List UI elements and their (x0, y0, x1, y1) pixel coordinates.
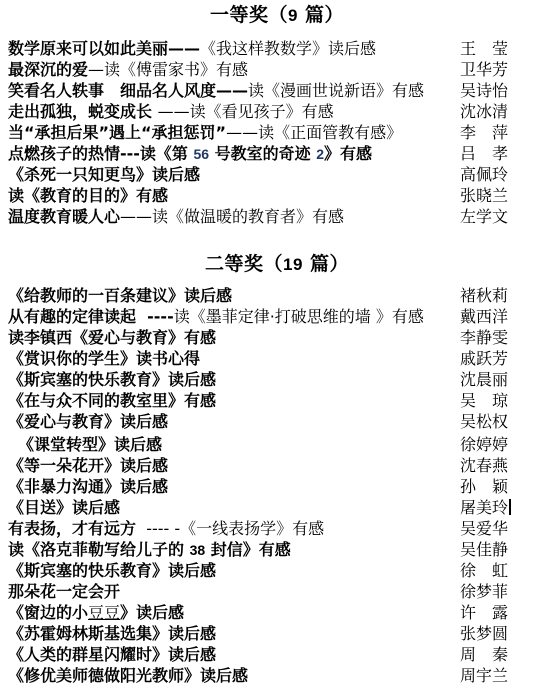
text-segment-bold: 号教室的奇迹 (209, 144, 316, 163)
entry-title: 读李镇西《爱心与教育》有感 (8, 327, 460, 348)
text-segment-bold: 温度教育暖人心 (8, 207, 120, 226)
entry-title: 最深沉的爱—读《傅雷家书》有感 (8, 59, 460, 80)
entry-row: 《人类的群星闪耀时》读后感周 秦 (0, 644, 554, 665)
entry-row: 《杀死一只知更鸟》读后感高佩玲 (0, 164, 554, 185)
entry-row: 《赏识你的学生》读书心得戚跃芳 (0, 348, 554, 369)
entry-row: 《等一朵花开》读后感沈春燕 (0, 455, 554, 476)
entry-title: 《在与众不同的教室里》有感 (8, 390, 460, 411)
entry-row: 《修优美师德做阳光教师》读后感周宇兰 (0, 665, 554, 686)
entry-row: 读《教育的目的》有感张晓兰 (0, 185, 554, 206)
entry-author: 沈冰清 (460, 101, 554, 122)
entry-title: 《苏霍姆林斯基选集》读后感 (8, 623, 460, 644)
text-segment-bold: 《目送》读后感 (8, 498, 120, 517)
text-segment-bold: 当“承担后果”遇上“承担惩罚” (8, 123, 226, 142)
text-segment-bold: 走出孤独，蜕变成长 (8, 102, 158, 121)
entry-author: 沈晨丽 (460, 369, 554, 390)
section-title: 二等奖（19 篇） (0, 253, 554, 276)
entry-row: 《非暴力沟通》读后感孙 颖 (0, 476, 554, 497)
entry-title: 《给教师的一百条建议》读后感 (8, 285, 460, 306)
entry-row: 笑看名人轶事 细品名人风度——读《漫画世说新语》有感吴诗怡 (0, 80, 554, 101)
entry-author: 徐梦菲 (460, 581, 554, 602)
text-segment-bold: 《人类的群星闪耀时》读后感 (8, 645, 216, 664)
text-segment-bold: 《等一朵花开》读后感 (8, 456, 168, 475)
entry-list: 《给教师的一百条建议》读后感褚秋莉从有趣的定律读起 ----读《墨菲定律·打破思… (0, 285, 554, 686)
entry-row: 《斯宾塞的快乐教育》读后感徐 虹 (0, 560, 554, 581)
text-segment-num: 19 (283, 255, 303, 274)
entry-author: 屠美玲 (460, 497, 554, 518)
text-segment-bold: 《杀死一只知更鸟》读后感 (8, 165, 200, 184)
entry-author: 王 莹 (460, 38, 554, 59)
entry-author: 周 秦 (460, 644, 554, 665)
entry-author: 吴松权 (460, 411, 554, 432)
text-segment-num: 38 (190, 542, 206, 558)
entry-title: 《赏识你的学生》读书心得 (8, 348, 460, 369)
entry-author: 褚秋莉 (460, 285, 554, 306)
text-segment-regular: —读《傅雷家书》有感 (88, 60, 248, 79)
entry-row: 温度教育暖人心——读《做温暖的教育者》有感左学文 (0, 206, 554, 227)
text-segment-regular: ——读《正面管教有感》 (226, 123, 402, 142)
entry-row: 当“承担后果”遇上“承担惩罚”——读《正面管教有感》李 萍 (0, 122, 554, 143)
text-segment-bold: 读《教育的目的》有感 (8, 186, 168, 205)
entry-row: 《爱心与教育》读后感吴松权 (0, 411, 554, 432)
text-segment-bold: 》有感 (324, 144, 372, 163)
text-segment-bold: 有表扬，才有远方 (8, 519, 136, 538)
award-section-2: 二等奖（19 篇）《给教师的一百条建议》读后感褚秋莉从有趣的定律读起 ----读… (0, 253, 554, 686)
entry-row: 《斯宾塞的快乐教育》读后感沈晨丽 (0, 369, 554, 390)
entry-author: 吴佳静 (460, 539, 554, 560)
entry-title: 数学原来可以如此美丽——《我这样教数学》读后感 (8, 38, 460, 59)
text-segment-bold: 《课堂转型》读后感 (18, 435, 162, 454)
text-segment-regular: ——读《做温暖的教育者》有感 (120, 207, 344, 226)
award-section-1: 一等奖（9 篇）数学原来可以如此美丽——《我这样教数学》读后感王 莹最深沉的爱—… (0, 4, 554, 227)
text-segment-bold: 从有趣的定律读起 ---- (8, 307, 174, 326)
entry-author: 吕 孝 (460, 143, 554, 164)
entry-row: 读李镇西《爱心与教育》有感李静雯 (0, 327, 554, 348)
entry-author: 吴 琼 (460, 390, 554, 411)
text-segment-bold: 篇） (298, 4, 344, 26)
text-segment-bold: 《修优美师德做阳光教师》读后感 (8, 666, 248, 685)
text-segment-bold: 篇） (303, 253, 349, 275)
text-segment-regular: 读《漫画世说新语》有感 (248, 81, 424, 100)
entry-title: 《修优美师德做阳光教师》读后感 (8, 665, 460, 686)
entry-row: 那朵花一定会开徐梦菲 (0, 581, 554, 602)
text-segment-num: 9 (288, 6, 298, 25)
entry-title: 温度教育暖人心——读《做温暖的教育者》有感 (8, 206, 460, 227)
entry-title: 笑看名人轶事 细品名人风度——读《漫画世说新语》有感 (8, 80, 460, 101)
text-segment-bold: 《给教师的一百条建议》读后感 (8, 286, 232, 305)
entry-row: 《给教师的一百条建议》读后感褚秋莉 (0, 285, 554, 306)
entry-row: 《目送》读后感屠美玲 (0, 497, 554, 518)
text-segment-bold: 《在与众不同的教室里》有感 (8, 391, 216, 410)
entry-row: 从有趣的定律读起 ----读《墨菲定律·打破思维的墙 》有感戴西洋 (0, 306, 554, 327)
entry-author: 高佩玲 (460, 164, 554, 185)
text-segment-bold: 《赏识你的学生》读书心得 (8, 349, 200, 368)
entry-title: 有表扬，才有远方 ---- -《一线表扬学》有感 (8, 518, 460, 539)
entry-row: 走出孤独，蜕变成长 ——读《看见孩子》有感沈冰清 (0, 101, 554, 122)
entry-author: 戚跃芳 (460, 348, 554, 369)
text-segment-bold: 二等奖（ (205, 253, 283, 275)
text-segment-bold: 读《洛克菲勒写给儿子的 (8, 540, 190, 559)
entry-row: 《在与众不同的教室里》有感吴 琼 (0, 390, 554, 411)
text-segment-underline: 豆豆 (88, 603, 120, 622)
text-segment-bold: 封信》有感 (205, 540, 291, 559)
entry-title: 《人类的群星闪耀时》读后感 (8, 644, 460, 665)
text-segment-bold: 那朵花一定会开 (8, 582, 120, 601)
entry-author: 戴西洋 (460, 306, 554, 327)
text-segment-num-blue: 56 (194, 146, 210, 162)
section-title: 一等奖（9 篇） (0, 4, 554, 27)
entry-title: 那朵花一定会开 (8, 581, 460, 602)
text-segment-regular: 《我这样教数学》读后感 (200, 39, 376, 58)
entry-title: 从有趣的定律读起 ----读《墨菲定律·打破思维的墙 》有感 (8, 306, 460, 327)
entry-title: 《非暴力沟通》读后感 (8, 476, 460, 497)
entry-title: 《课堂转型》读后感 (18, 434, 460, 455)
entry-author: 孙 颖 (460, 476, 554, 497)
text-segment-bold: 一等奖（ (210, 4, 288, 26)
text-segment-bold: 《非暴力沟通》读后感 (8, 477, 168, 496)
entry-row: 有表扬，才有远方 ---- -《一线表扬学》有感吴爱华 (0, 518, 554, 539)
text-segment-num-blue: 2 (316, 146, 324, 162)
text-segment-bold: 最深沉的爱 (8, 60, 88, 79)
entry-author: 吴爱华 (460, 518, 554, 539)
entry-title: 当“承担后果”遇上“承担惩罚”——读《正面管教有感》 (8, 122, 460, 143)
entry-author: 徐婷婷 (460, 434, 554, 455)
entry-title: 《杀死一只知更鸟》读后感 (8, 164, 460, 185)
entry-title: 《斯宾塞的快乐教育》读后感 (8, 369, 460, 390)
entry-author: 李 萍 (460, 122, 554, 143)
entry-title: 《等一朵花开》读后感 (8, 455, 460, 476)
entry-row: 数学原来可以如此美丽——《我这样教数学》读后感王 莹 (0, 38, 554, 59)
entry-row: 点燃孩子的热情---读《第 56 号教室的奇迹 2》有感吕 孝 (0, 143, 554, 164)
entry-row: 《课堂转型》读后感徐婷婷 (0, 434, 554, 455)
entry-title: 《爱心与教育》读后感 (8, 411, 460, 432)
text-segment-bold: 《斯宾塞的快乐教育》读后感 (8, 370, 216, 389)
text-segment-bold: 《爱心与教育》读后感 (8, 412, 168, 431)
entry-author: 张梦圆 (460, 623, 554, 644)
text-segment-bold: 笑看名人轶事 细品名人风度—— (8, 81, 248, 100)
text-cursor (509, 499, 511, 515)
text-segment-regular: 读《墨菲定律·打破思维的墙 》有感 (174, 307, 424, 326)
text-segment-bold: 读李镇西《爱心与教育》有感 (8, 328, 216, 347)
entry-title: 《目送》读后感 (8, 497, 460, 518)
entry-author: 吴诗怡 (460, 80, 554, 101)
entry-row: 《苏霍姆林斯基选集》读后感张梦圆 (0, 623, 554, 644)
text-segment-bold: 《苏霍姆林斯基选集》读后感 (8, 624, 216, 643)
entry-row: 最深沉的爱—读《傅雷家书》有感卫华芳 (0, 59, 554, 80)
text-segment-regular: ——读《看见孩子》有感 (158, 102, 334, 121)
entry-author: 左学文 (460, 206, 554, 227)
entry-author: 许 露 (460, 602, 554, 623)
entry-row: 读《洛克菲勒写给儿子的 38 封信》有感吴佳静 (0, 539, 554, 560)
entry-list: 数学原来可以如此美丽——《我这样教数学》读后感王 莹最深沉的爱—读《傅雷家书》有… (0, 38, 554, 227)
entry-row: 《窗边的小豆豆》读后感许 露 (0, 602, 554, 623)
text-segment-bold: 数学原来可以如此美丽—— (8, 39, 200, 58)
text-segment-bold: 》读后感 (120, 603, 184, 622)
entry-author: 李静雯 (460, 327, 554, 348)
entry-title: 走出孤独，蜕变成长 ——读《看见孩子》有感 (8, 101, 460, 122)
text-segment-bold: 《斯宾塞的快乐教育》读后感 (8, 561, 216, 580)
entry-title: 《斯宾塞的快乐教育》读后感 (8, 560, 460, 581)
document-body: 一等奖（9 篇）数学原来可以如此美丽——《我这样教数学》读后感王 莹最深沉的爱—… (0, 0, 554, 686)
text-segment-bold: 《窗边的小 (8, 603, 88, 622)
entry-author: 张晓兰 (460, 185, 554, 206)
entry-title: 《窗边的小豆豆》读后感 (8, 602, 460, 623)
entry-title: 读《教育的目的》有感 (8, 185, 460, 206)
entry-author: 沈春燕 (460, 455, 554, 476)
entry-author: 卫华芳 (460, 59, 554, 80)
entry-title: 读《洛克菲勒写给儿子的 38 封信》有感 (8, 539, 460, 561)
entry-author: 徐 虹 (460, 560, 554, 581)
text-segment-bold: 点燃孩子的热情---读《第 (8, 144, 194, 163)
entry-author: 周宇兰 (460, 665, 554, 686)
text-segment-regular: ---- -《一线表扬学》有感 (136, 519, 324, 538)
entry-title: 点燃孩子的热情---读《第 56 号教室的奇迹 2》有感 (8, 143, 460, 165)
